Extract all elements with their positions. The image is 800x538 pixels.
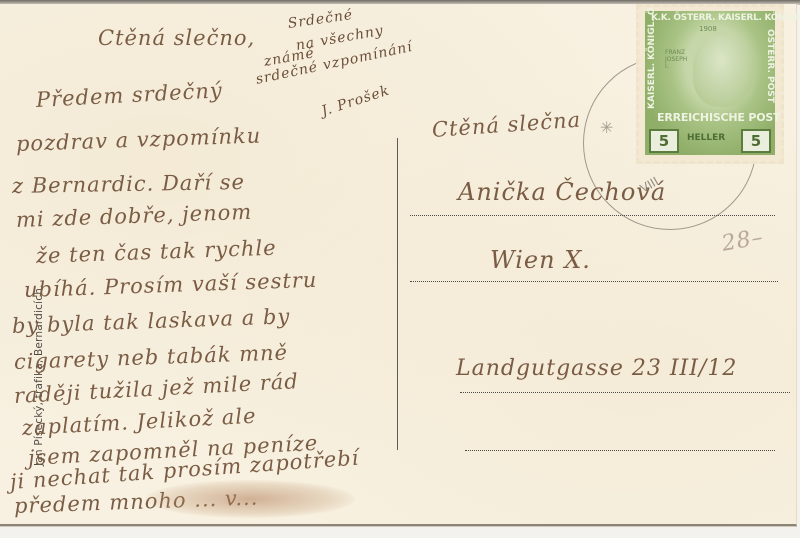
- address-city: Wien X.: [490, 246, 591, 274]
- stamp-country-right: ÖSTERR. POST: [765, 29, 775, 103]
- address-line-3: [460, 392, 790, 393]
- message-line: Ctěná slečno,: [98, 26, 255, 50]
- address-line-4: [465, 450, 775, 451]
- postmark-star-icon: ✳: [600, 118, 613, 137]
- ink-stain: [145, 480, 355, 518]
- stamp-country-left: KAISERL. KÖNIGL. Ö: [647, 7, 657, 109]
- stamp-portrait-label: FRANZ JOSEPH I.: [665, 49, 687, 70]
- vertical-divider: [397, 138, 398, 450]
- stamp-year: 1908: [699, 25, 717, 33]
- address-line-2: [410, 281, 778, 282]
- stamp-face: K.K. ÖSTERR. KAISERL. KÖNIGL. 1908 FRANZ…: [645, 11, 775, 155]
- stamp-currency: HELLER: [687, 133, 725, 143]
- stamp-value-left: 5: [649, 129, 679, 153]
- stamp-value-right: 5: [741, 129, 771, 153]
- address-line-1: [410, 215, 775, 216]
- emperor-portrait-icon: [693, 35, 755, 107]
- postage-stamp: K.K. ÖSTERR. KAISERL. KÖNIGL. 1908 FRANZ…: [636, 4, 784, 164]
- address-name: Anička Čechová: [458, 178, 666, 206]
- message-line: z Bernardic. Daří se: [12, 170, 245, 198]
- stamp-country-bottom: ERREICHISCHE POST: [657, 111, 780, 124]
- stamp-country-top: K.K. ÖSTERR. KAISERL. KÖNIGL.: [651, 13, 800, 23]
- address-street: Landgutgasse 23 III/12: [456, 356, 737, 381]
